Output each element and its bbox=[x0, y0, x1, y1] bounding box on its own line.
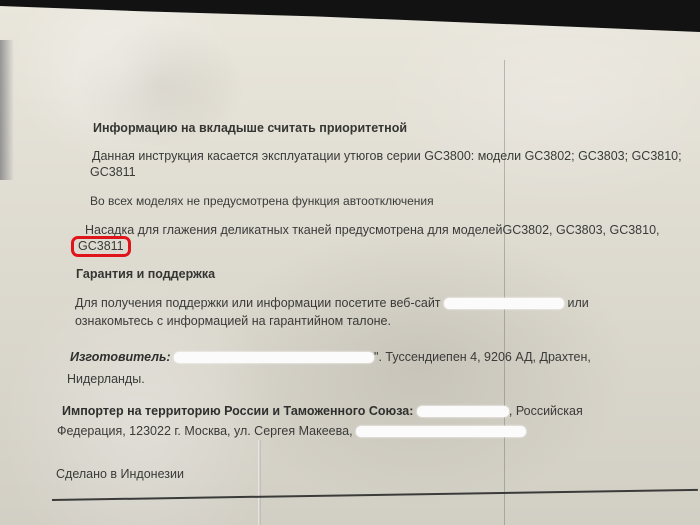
manufacturer-address: ". Туссендиепен 4, 9206 АД, Драхтен, bbox=[374, 350, 591, 364]
priority-heading: Информацию на вкладыше считать приоритет… bbox=[93, 120, 407, 137]
models-text-line2: GC3811 bbox=[90, 164, 136, 181]
importer-address: Федерация, 123022 г. Москва, ул. Сергея … bbox=[57, 424, 353, 438]
support-text-before: Для получения поддержки или информации п… bbox=[75, 296, 441, 310]
attachment-text-line2: GC3811 bbox=[71, 236, 131, 257]
models-text-line1: Данная инструкция касается эксплуатации … bbox=[92, 148, 682, 165]
importer-line1: Импортер на территорию России и Таможенн… bbox=[62, 403, 583, 420]
paper-fold-line bbox=[504, 60, 505, 525]
auto-off-note: Во всех моделях не предусмотрена функция… bbox=[90, 193, 434, 210]
warranty-heading: Гарантия и поддержка bbox=[76, 266, 215, 283]
paper-fold-shadow bbox=[0, 40, 14, 180]
attachment-text-line1: Насадка для глажения деликатных тканей п… bbox=[85, 222, 660, 239]
highlighted-model-circle: GC3811 bbox=[71, 236, 131, 257]
redacted-importer-name bbox=[417, 406, 509, 417]
importer-label: Импортер на территорию России и Таможенн… bbox=[62, 404, 413, 418]
manufacturer-line1: Изготовитель: ". Туссендиепен 4, 9206 АД… bbox=[70, 349, 591, 366]
importer-line2: Федерация, 123022 г. Москва, ул. Сергея … bbox=[57, 423, 526, 440]
redacted-website bbox=[444, 298, 564, 309]
manufacturer-line2: Нидерланды. bbox=[67, 371, 145, 388]
importer-country: , Российская bbox=[509, 404, 583, 418]
redacted-importer-address bbox=[356, 426, 526, 437]
support-text-line2: ознакомьтесь с информацией на гарантийно… bbox=[75, 313, 391, 330]
support-text-line1: Для получения поддержки или информации п… bbox=[75, 295, 589, 312]
redacted-manufacturer-name bbox=[174, 352, 374, 363]
made-in-text: Сделано в Индонезии bbox=[56, 466, 184, 483]
manufacturer-label: Изготовитель: bbox=[70, 350, 171, 364]
support-text-after: или bbox=[568, 296, 589, 310]
paper-crease bbox=[258, 440, 261, 525]
